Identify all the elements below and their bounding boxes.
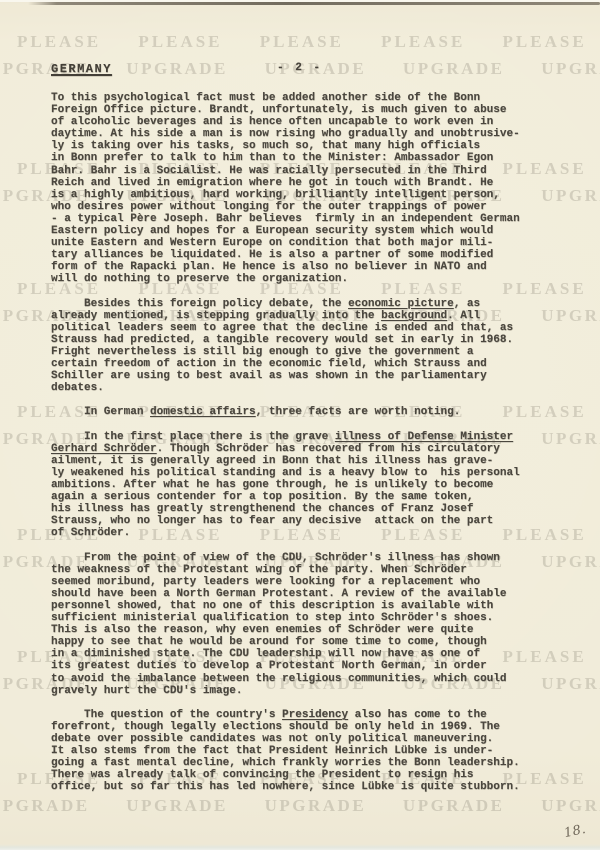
underlined-phrase: Gerhard Schröder xyxy=(51,443,157,455)
text-segment: , three facts are worth noting. xyxy=(256,406,461,418)
watermark-row-please: PLEASE PLEASE PLEASE PLEASE PLEASE PLEAS… xyxy=(17,33,600,50)
section-heading: GERMANY xyxy=(51,62,112,76)
paragraph-5: From the point of view of the CDU, Schrö… xyxy=(51,552,596,697)
text-segment: The question of the country's xyxy=(51,709,282,721)
scan-edge-shadow xyxy=(28,2,600,5)
text-segment: . All political leaders seem to agree th… xyxy=(51,310,513,395)
text-segment: In the first place there is the grave xyxy=(51,431,335,443)
text-segment: . Though Schröder has recovered from his… xyxy=(51,443,520,540)
underlined-phrase: background xyxy=(381,310,447,322)
paragraph-4: In the first place there is the grave il… xyxy=(51,431,596,540)
text-segment: From the point of view of the CDU, Schrö… xyxy=(51,552,506,697)
paragraph-3: In German domestic affairs, three facts … xyxy=(51,406,596,418)
underlined-phrase: economic picture xyxy=(348,298,454,310)
text-segment: To this psychological fact must be added… xyxy=(51,92,520,285)
paragraph-6: The question of the country's Presidency… xyxy=(51,709,596,794)
document-body: To this psychological fact must be added… xyxy=(51,92,596,806)
page-number: - 2 - xyxy=(277,62,323,74)
handwritten-page-mark: 18. xyxy=(562,822,587,841)
underlined-phrase: domestic affairs xyxy=(150,406,256,418)
text-segment: In German xyxy=(51,406,150,418)
text-segment: also has come to the forefront, though l… xyxy=(51,709,520,794)
scan-edge-bottom xyxy=(0,844,600,850)
scanned-document-page: PLEASE PLEASE PLEASE PLEASE PLEASE PLEAS… xyxy=(0,0,600,850)
text-segment: Besides this foreign policy debate, the xyxy=(51,298,348,310)
paragraph-2: Besides this foreign policy debate, the … xyxy=(51,298,596,395)
paragraph-1: To this psychological fact must be added… xyxy=(51,92,596,286)
underlined-phrase: Presidency xyxy=(282,709,348,721)
underlined-phrase: illness of Defense Minister xyxy=(335,431,513,443)
